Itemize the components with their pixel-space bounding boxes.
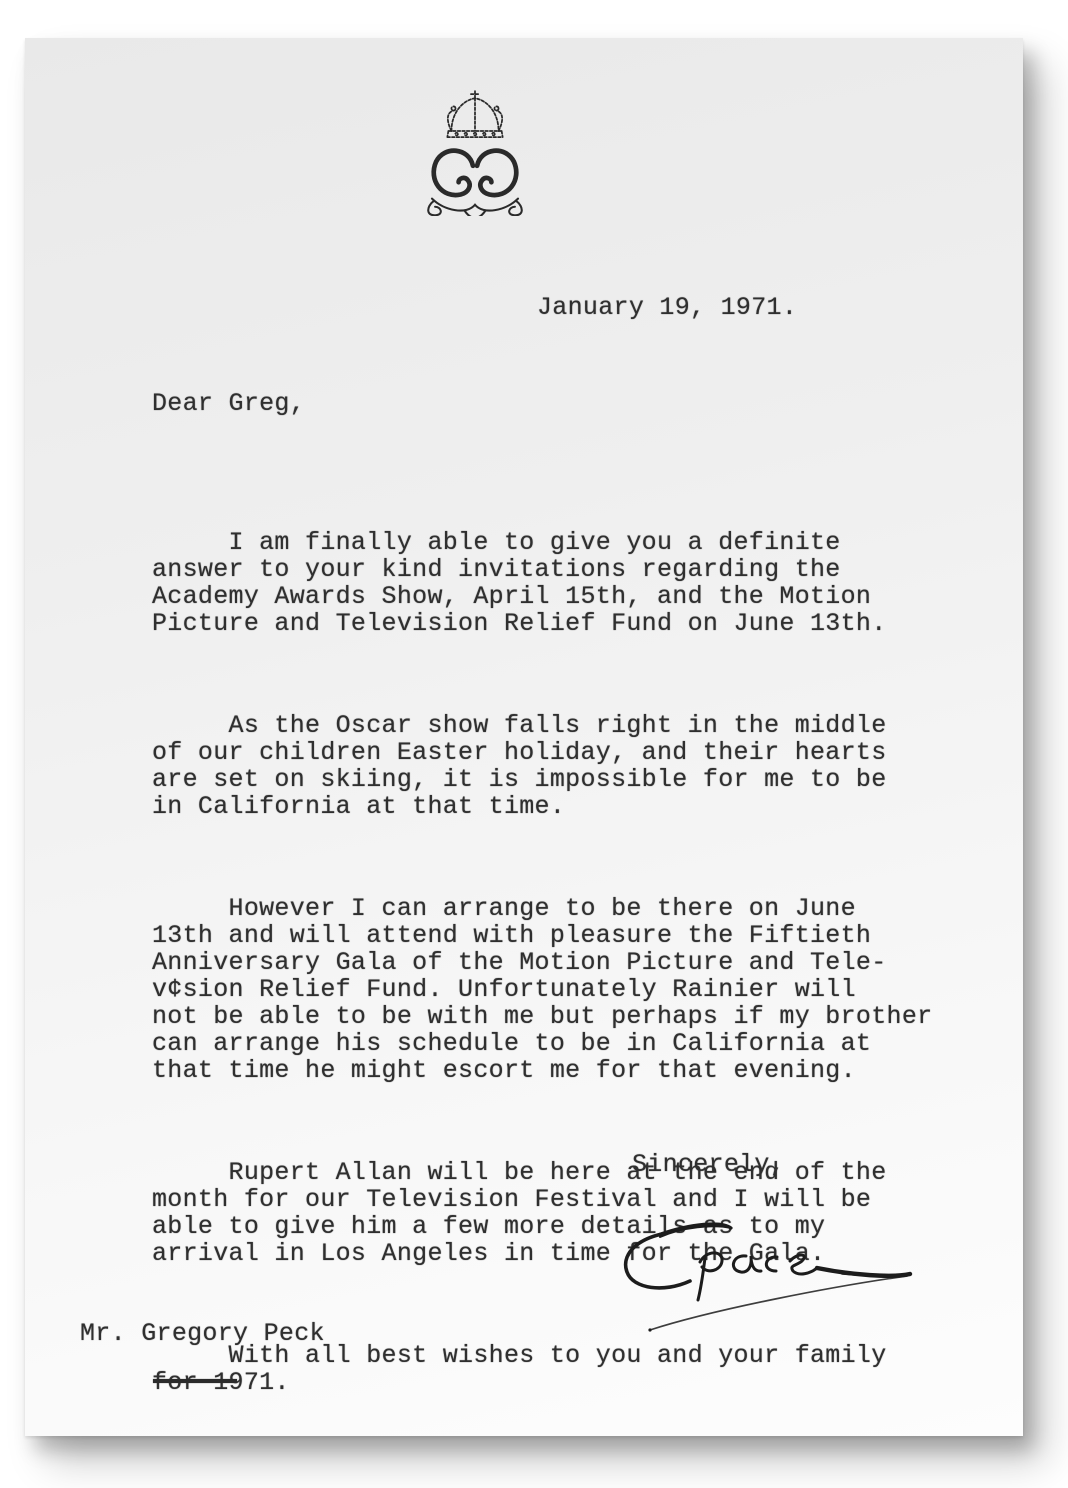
grace-signature xyxy=(610,1188,950,1363)
scanned-letter-page: January 19, 1971. Dear Greg, I am finall… xyxy=(0,0,1068,1488)
paragraph: I am finally able to give you a definite… xyxy=(152,529,992,637)
letter-date: January 19, 1971. xyxy=(537,294,797,321)
letter-paper: January 19, 1971. Dear Greg, I am finall… xyxy=(25,38,1023,1436)
closing: Sincerely, xyxy=(632,1151,785,1178)
paragraph: As the Oscar show falls right in the mid… xyxy=(152,712,992,820)
paragraph: However I can arrange to be there on Jun… xyxy=(152,895,992,1084)
recipient-name: Mr. Gregory Peck xyxy=(80,1320,325,1347)
salutation: Dear Greg, xyxy=(152,390,305,417)
crown-monogram-icon xyxy=(423,88,527,216)
typed-underline xyxy=(153,1379,237,1383)
